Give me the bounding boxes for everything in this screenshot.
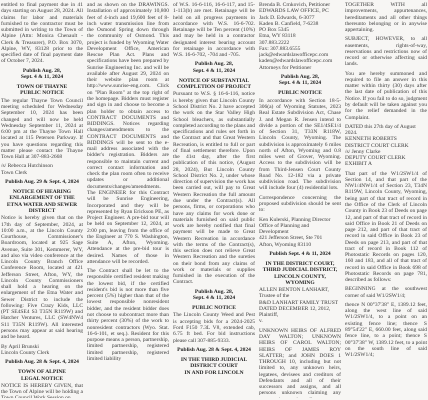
notice-heading: TOWN OF THAYNE PUBLIC NOTICE	[1, 84, 83, 97]
notice-heading: PUBLIC NOTICE	[173, 305, 255, 311]
publish-line: Publish Aug. 28 & Sept. 4, 2024	[173, 347, 255, 353]
notice-paragraph: UNKNOWN HEIRS OF ALFRED DAY WALTON; UNKN…	[259, 328, 341, 398]
publish-line: Publish Aug. 28, Sept. 4 & 11, 2024	[259, 74, 341, 87]
newspaper-column-3: of W.S. 16-6-116, 16-6-117, and 15-1-113…	[173, 2, 255, 398]
notice-paragraph: In accordance with Section 18-5-306(a) o…	[259, 98, 341, 192]
notice-paragraph: Pursuant to W.S. § 16-6-116, notice is h…	[173, 91, 255, 285]
publish-line: Publish Aug. 28 & Sept. 4, 2024	[1, 359, 83, 365]
notice-lines: Ken Kulerski, Planning Director Office o…	[259, 217, 341, 248]
notice-paragraph: NOTICE IS HEREBY GIVEN, that the Town of…	[1, 383, 83, 398]
notice-paragraph: and as shown on the DRAWINGS. Installati…	[87, 2, 169, 265]
notice-paragraph: The Lincoln County Weed and Pest is acce…	[173, 312, 255, 343]
notice-paragraph: That part of the W1/2SW1/4 of Section 14…	[345, 171, 427, 284]
publish-line: Publish Aug. 28, Sept. 4 & 11, 2024	[1, 68, 83, 81]
notice-heading: IN THE THIRD JUDICIAL DISTRICT COURT IN …	[173, 357, 255, 376]
notice-paragraph: entitled to final payment due in 41 days…	[1, 2, 83, 65]
notice-lines: DATED this 27th day of August 2024. KENN…	[345, 124, 427, 168]
notice-heading: NOTICE OF SUBSTANTIAL COMPLETION OF PROJ…	[173, 78, 255, 91]
notice-lines: ALLEN BENTON LANHART, Trustee of the B&D…	[259, 287, 341, 325]
notice-heading: NOTICE OF HEARING ENLARGEMENT OF THE ETN…	[1, 189, 83, 214]
notice-paragraph: of W.S. 16-6-116, 16-6-117, and 15-1-113…	[173, 2, 255, 58]
notice-paragraph: SUBJECT, HOWEVER, to all easements, righ…	[345, 36, 427, 67]
publish-line: Publish Aug. 28, Sept. 4 & 11, 2024	[173, 289, 255, 302]
notice-paragraph: thence N 00°37'38" E, 1389.12 feet, alon…	[345, 302, 427, 358]
publish-line: Publish Sept. 4 & 11, 2024	[259, 251, 341, 257]
notice-paragraph: TOGETHER WITH all improvements, appurten…	[345, 2, 427, 33]
notice-heading: IN THE DISTRICT COURT, THIRD JUDICIAL DI…	[259, 261, 341, 286]
newspaper-column-5: TOGETHER WITH all improvements, appurten…	[345, 2, 427, 398]
signature-lines: By April Brunski Lincoln County Clerk	[1, 344, 83, 357]
newspaper-column-1: entitled to final payment due in 41 days…	[1, 2, 83, 398]
notice-paragraph: The Contract shall be let to the respons…	[87, 268, 169, 362]
notice-heading: TOWN OF ALPINE LEGAL NOTICE	[1, 369, 83, 382]
signature-lines: /s/ Rebecca Hutchinson Town Clerk	[1, 163, 83, 176]
notice-heading: PUBLIC NOTICE	[259, 90, 341, 96]
notice-paragraph: BEGINNING at the southwest corner of sai…	[345, 286, 427, 299]
notice-lines: Brenda B. Crnkovich, Petitioner EDWARDS …	[259, 2, 341, 71]
notice-paragraph: You are hereby summoned and required to …	[345, 71, 427, 121]
publish-line: Publish Aug. 28, Sept. 4 & 11, 2024	[173, 61, 255, 74]
newspaper-legal-notices-page: entitled to final payment due in 41 days…	[0, 0, 428, 400]
notice-paragraph: The regular Thayne Town Council meeting …	[1, 98, 83, 161]
notice-paragraph: Notice is hereby given that on the 17th …	[1, 215, 83, 340]
notice-paragraph: Correspondence concerning the proposed s…	[259, 195, 341, 214]
publish-line: Publish Aug. 29 & Sept. 4, 2024	[1, 179, 83, 185]
newspaper-column-2: and as shown on the DRAWINGS. Installati…	[87, 2, 169, 398]
newspaper-column-4: Brenda B. Crnkovich, Petitioner EDWARDS …	[259, 2, 341, 398]
